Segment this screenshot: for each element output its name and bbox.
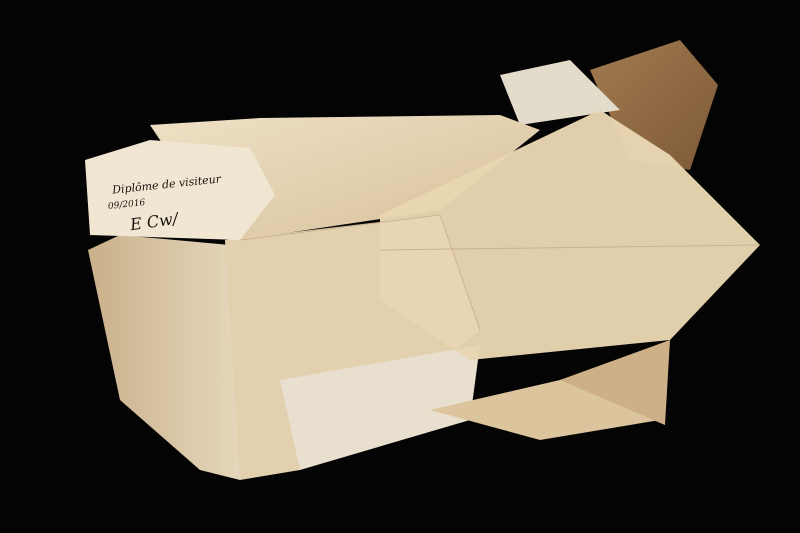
photo-stage: Diplôme de visiteur 09/2016 E Cw/ (0, 0, 800, 533)
paper-sculpture (0, 0, 800, 533)
